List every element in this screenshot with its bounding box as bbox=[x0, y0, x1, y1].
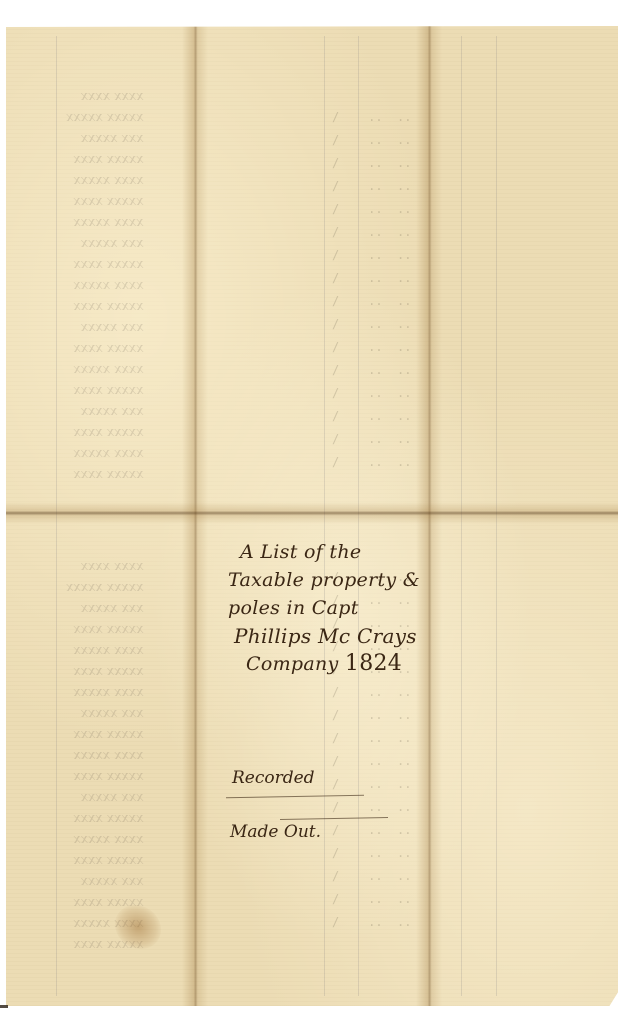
docket-line-3: poles in Capt bbox=[228, 594, 420, 622]
document-paper: xxxx xxxx xxxxx xxxxx xxx xxxxx xxxxx xx… bbox=[6, 26, 618, 1006]
docket-line-4: Phillips Mc Crays bbox=[228, 622, 420, 650]
docket-line-5: Company 1824 bbox=[228, 650, 420, 678]
docket-line-2: Taxable property & bbox=[228, 566, 420, 594]
bleed-through-text-lower: xxxx xxxx xxxxx xxxxx xxx xxxxx xxxxx xx… bbox=[66, 556, 143, 955]
docket-company: Company bbox=[246, 653, 339, 675]
recorded-note: Recorded bbox=[232, 768, 315, 788]
docket-year: 1824 bbox=[345, 651, 402, 676]
made-out-note: Made Out. bbox=[230, 822, 321, 842]
bleed-through-text-upper: xxxx xxxx xxxxx xxxxx xxx xxxxx xxxxx xx… bbox=[66, 86, 143, 485]
docket-line-1: A List of the bbox=[228, 538, 420, 566]
edge-mark bbox=[0, 1005, 8, 1008]
horizontal-fold bbox=[6, 502, 618, 524]
docket-title: A List of the Taxable property & poles i… bbox=[228, 538, 420, 678]
bleed-through-marks-upper: / .. .. / .. .. / .. .. / .. .. / .. .. … bbox=[332, 106, 411, 474]
